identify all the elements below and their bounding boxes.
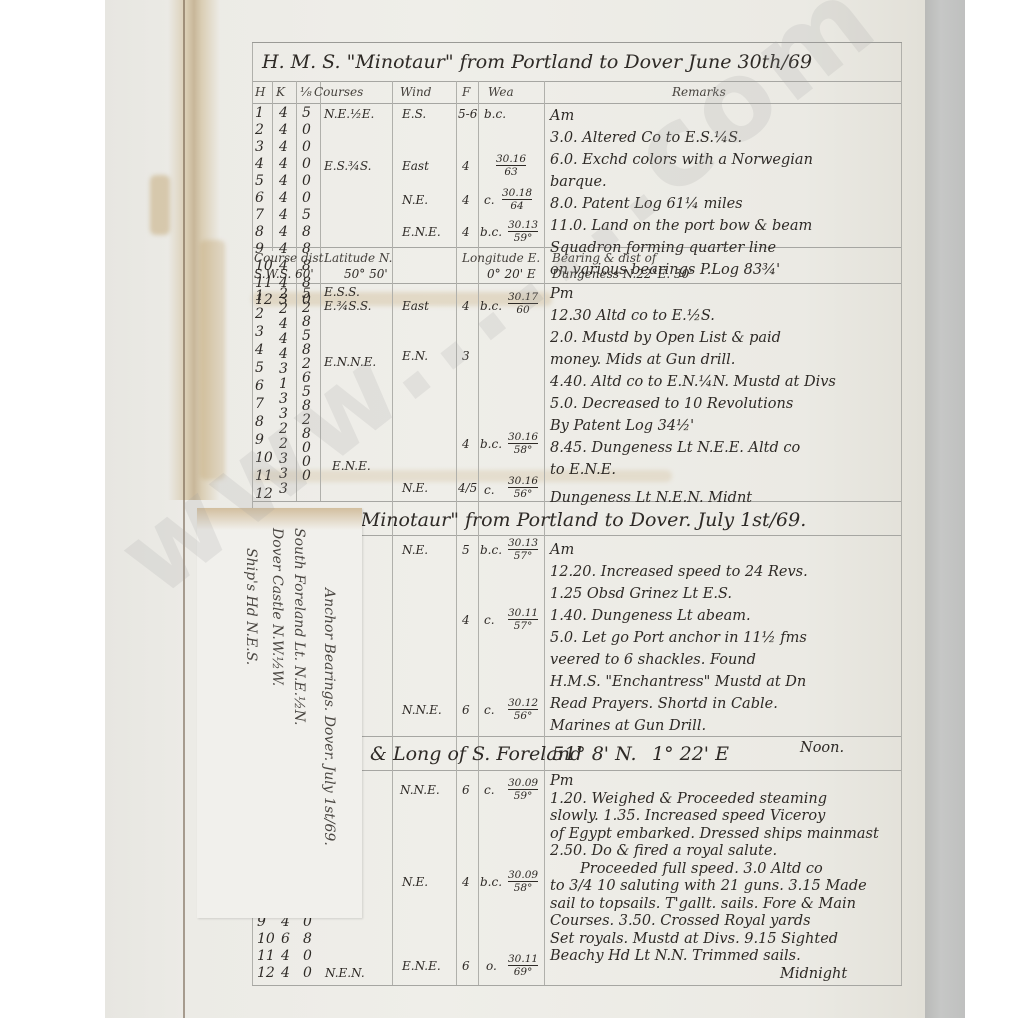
wind-entry: N.N.E. <box>402 703 442 717</box>
wind-entry: N.N.E. <box>400 783 440 797</box>
eighths-column: 0800 <box>303 914 312 982</box>
wind-entry: N.E. <box>402 543 428 557</box>
barometer-temp: 30.1256° <box>508 697 538 722</box>
wind-entry: N.E. <box>402 481 428 495</box>
force-entry: 4 <box>462 613 470 627</box>
remarks-block: Am12.20. Increased speed to 24 Revs.1.25… <box>550 539 844 759</box>
barometer-temp: 30.1157° <box>508 607 538 632</box>
wind-entry: E.N.E. <box>402 959 441 973</box>
barometer-temp: 30.1357° <box>508 537 538 562</box>
course-entry: E.S.S. <box>324 285 360 299</box>
latitude-value: 50° 50' <box>344 267 388 281</box>
slip-line: South Foreland Lt. N.E.½N. <box>291 528 307 725</box>
force-entry: 4 <box>462 193 470 207</box>
slip-line: Dover Castle N.W.½W. <box>269 528 285 686</box>
col-header-knots: K <box>276 85 285 99</box>
force-entry: 4 <box>462 875 470 889</box>
weather-code: c. <box>484 783 495 797</box>
barometer-temp: 30.0959° <box>508 777 538 802</box>
barometer-temp: 30.1658° <box>508 431 538 456</box>
weather-code: b.c. <box>480 543 502 557</box>
rule <box>478 81 479 985</box>
noon-position-label: & Long of S. Foreland <box>370 743 582 765</box>
latitude-header: Latitude N. <box>324 251 392 265</box>
wind-entry: East <box>402 159 429 173</box>
col-header-hour: H <box>255 85 265 99</box>
slip-line: Anchor Bearings. Dover. July 1st/69. <box>321 588 337 846</box>
hour-column: 9101112 <box>257 914 275 982</box>
latitude-value: 51° 8' N. <box>552 743 637 765</box>
wind-entry: N.E. <box>402 193 428 207</box>
log-heading: "Minotaur" from Portland to Dover. July … <box>352 509 806 531</box>
weather-code: c. <box>484 193 495 207</box>
col-header-wind: Wind <box>400 85 431 99</box>
wind-entry: E.N.E. <box>402 225 441 239</box>
slip-line: Ship's Hd N.E.S. <box>243 548 259 665</box>
barometer-temp: 30.1656° <box>508 475 538 500</box>
col-header-weather: Wea <box>488 85 514 99</box>
weather-code: b.c. <box>480 437 502 451</box>
remarks-block: Pm1.20. Weighed & Proceeded steamingslow… <box>550 773 879 983</box>
weather-code: c. <box>484 613 495 627</box>
rule <box>901 43 902 985</box>
rule <box>392 81 393 985</box>
weather-code: o. <box>486 959 497 973</box>
col-header-courses: Courses <box>314 85 363 99</box>
course-entry: N.E.N. <box>325 966 365 980</box>
force-entry: 5-6 <box>458 107 477 121</box>
weather-code: b.c. <box>480 875 502 889</box>
foxing-stain <box>150 175 170 235</box>
rule <box>456 81 457 985</box>
force-entry: 6 <box>462 783 470 797</box>
longitude-value: 1° 22' E <box>652 743 729 765</box>
remarks-block: Pm12.30 Altd co to E.½S.2.0. Mustd by Op… <box>550 283 836 509</box>
force-entry: 4 <box>462 159 470 173</box>
col-header-eighths: ⅛ <box>300 85 312 99</box>
barometer-temp: 30.1663 <box>496 153 526 178</box>
course-entry: N.E.½E. <box>324 107 374 121</box>
wind-entry: N.E. <box>402 875 428 889</box>
force-entry: 4/5 <box>458 481 477 495</box>
force-entry: 6 <box>462 703 470 717</box>
force-entry: 5 <box>462 543 470 557</box>
weather-code: c. <box>484 703 495 717</box>
rule <box>252 985 902 986</box>
barometer-temp: 30.0958° <box>508 869 538 894</box>
course-dist-value: S.W.S. 60' <box>254 267 314 281</box>
course-dist-header: Course dist <box>254 251 323 265</box>
force-entry: 6 <box>462 959 470 973</box>
col-header-force: F <box>462 85 470 99</box>
knots-column: 4644 <box>281 914 290 982</box>
force-entry: 4 <box>462 437 470 451</box>
course-entry: E.S.¾S. <box>324 159 371 173</box>
barometer-temp: 30.1169° <box>508 953 538 978</box>
book-page-edge <box>925 0 965 1018</box>
wind-entry: E.S. <box>402 107 426 121</box>
weather-code: b.c. <box>484 107 506 121</box>
weather-code: c. <box>484 483 495 497</box>
